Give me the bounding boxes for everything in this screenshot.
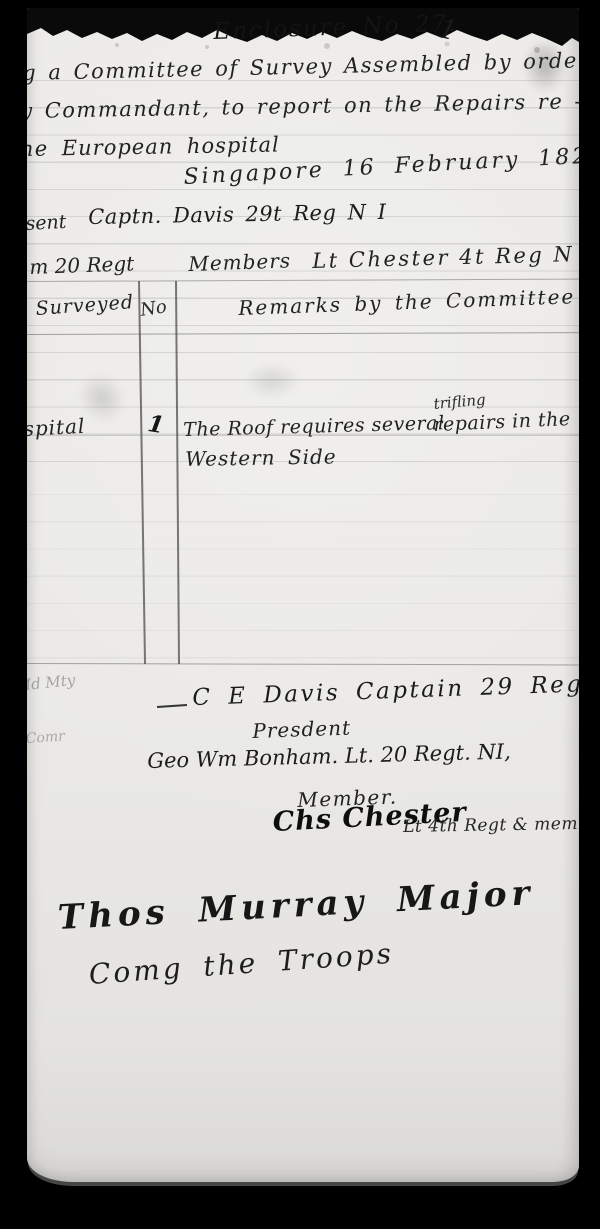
signature-davis: C E Davis Captain 29 Regt — [192, 672, 579, 711]
row-remark-part2: repairs in the — [433, 409, 571, 436]
signature-murray: Thos Murray Major — [57, 875, 535, 937]
table-bottom-rule — [27, 663, 579, 665]
table-column-rule-1 — [138, 281, 146, 664]
intro-line-2: y Commandant, to report on the Repairs r… — [27, 90, 579, 123]
column-header-surveyed: Surveyed — [35, 292, 135, 320]
column-header-no: No — [139, 297, 168, 320]
member-line: Lt Chester 4t Reg N I — [312, 243, 579, 273]
table-top-rule — [27, 279, 579, 282]
row-building-fragment: spital — [27, 415, 86, 440]
column-header-remarks: Remarks by the Committee — [238, 285, 576, 319]
row-remark-insert: trifling — [433, 391, 486, 412]
margin-note-2: y Comr — [27, 729, 65, 748]
row-remark-line2: Western Side — [185, 445, 337, 470]
manuscript-page: Enclosure No 27. 1 g a Committee of Surv… — [27, 8, 579, 1182]
scanned-document-image: Enclosure No 27. 1 g a Committee of Surv… — [0, 0, 600, 1229]
president-line: Captn. Davis 29t Reg N I — [88, 201, 387, 229]
signature-bonham: Geo Wm Bonham. Lt. 20 Regt. NI, — [147, 740, 511, 773]
ruled-lines-lower — [27, 468, 579, 664]
signature-murray-role: Comg the Troops — [88, 939, 395, 991]
pen-stroke — [157, 704, 187, 708]
table-column-rule-2 — [175, 281, 180, 664]
margin-note-1: Md Mty — [27, 672, 76, 695]
intro-line-3: he European hospital — [27, 133, 280, 161]
signature-chester-rest: Lt 4th Regt & member — [403, 814, 579, 836]
table-header-rule — [27, 332, 579, 335]
members-label: Members — [188, 249, 291, 275]
row-remark-part1: The Roof requires several — [183, 413, 445, 441]
ink-smudge — [227, 353, 317, 408]
present-fragment: sent — [27, 212, 67, 235]
signature-davis-role: Presdent — [252, 717, 351, 742]
members-fragment: m 20 Regt — [29, 252, 135, 278]
